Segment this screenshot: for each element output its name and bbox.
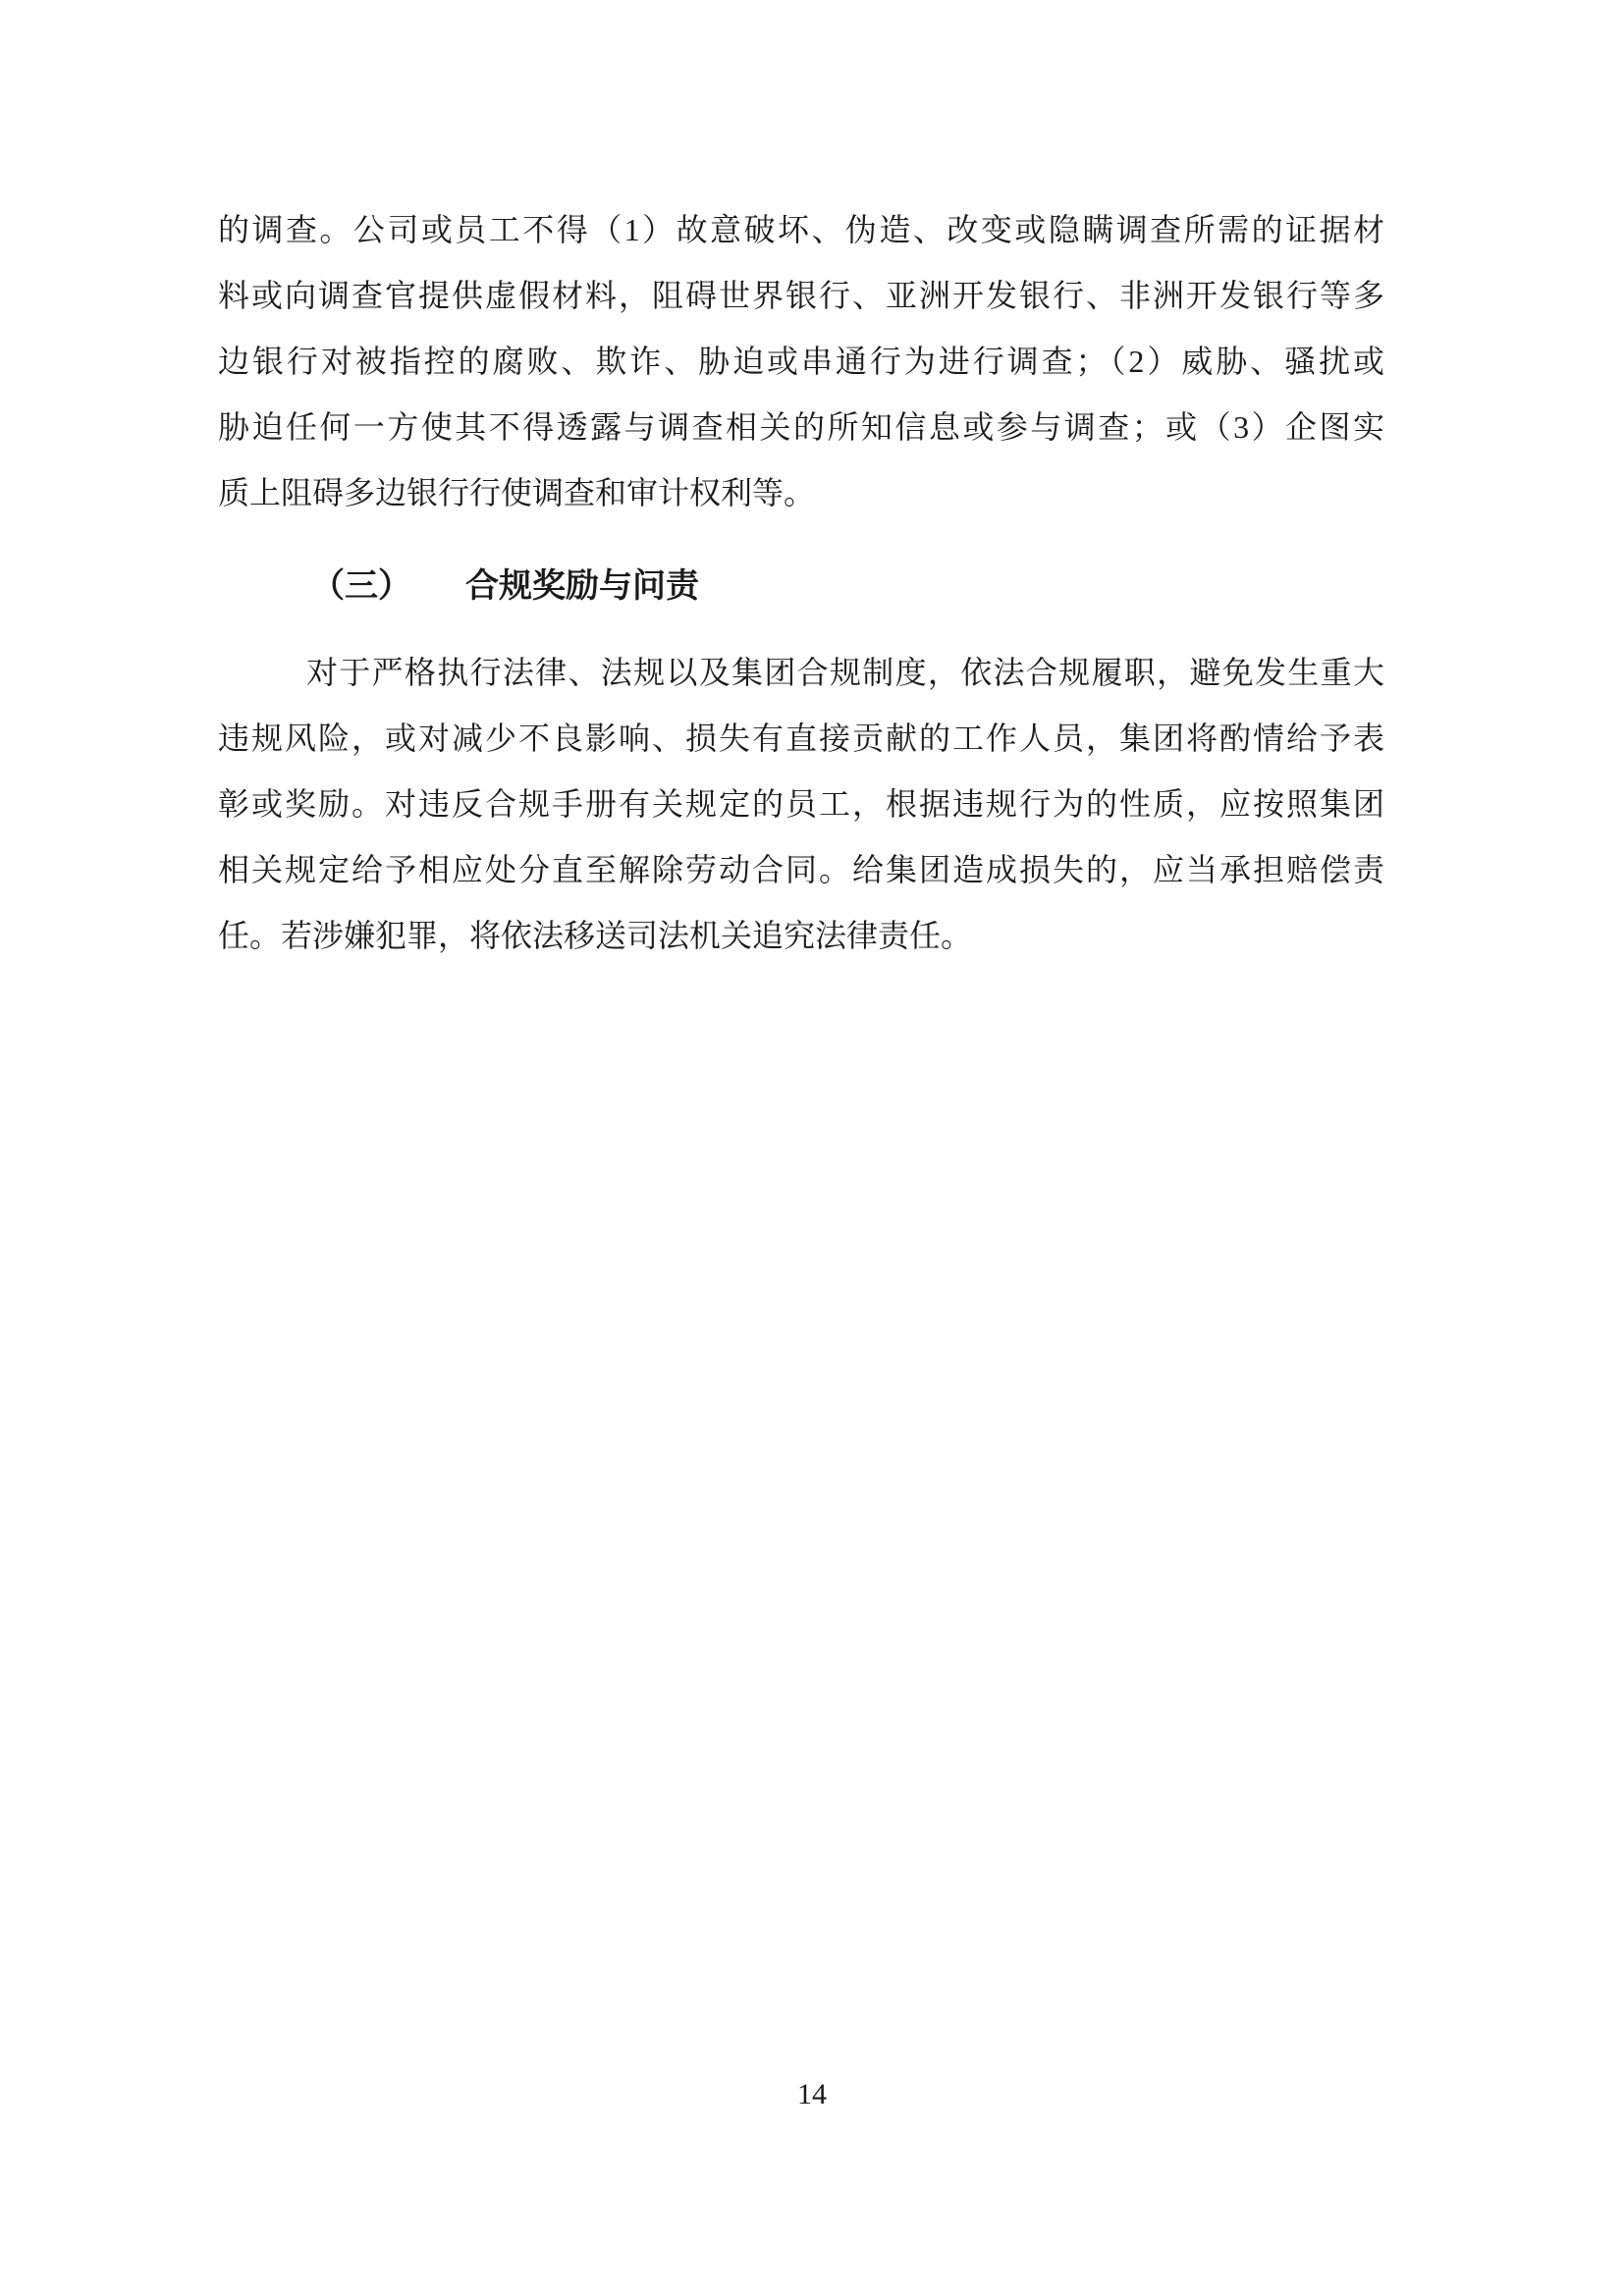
paragraph-line: 违规风险，或对减少不良影响、损失有直接贡献的工作人员，集团将酌情给予表 [218, 706, 1384, 772]
paragraph-line: 彰或奖励。对违反合规手册有关规定的员工，根据违规行为的性质，应按照集团 [218, 772, 1384, 837]
page-body-text: 的调查。公司或员工不得（1）故意破坏、伪造、改变或隐瞒调查所需的证据材 料或向调… [218, 197, 1384, 969]
page-number: 14 [0, 2077, 1624, 2112]
paragraph-line: 边银行对被指控的腐败、欺诈、胁迫或串通行为进行调查；（2）威胁、骚扰或 [218, 329, 1384, 395]
paragraph-line: 的调查。公司或员工不得（1）故意破坏、伪造、改变或隐瞒调查所需的证据材 [218, 197, 1384, 263]
paragraph-line: 相关规定给予相应处分直至解除劳动合同。给集团造成损失的，应当承担赔偿责 [218, 837, 1384, 903]
paragraph-line: 对于严格执行法律、法规以及集团合规制度，依法合规履职，避免发生重大 [218, 640, 1384, 706]
paragraph-line: 料或向调查官提供虚假材料，阻碍世界银行、亚洲开发银行、非洲开发银行等多 [218, 263, 1384, 329]
paragraph-line: 胁迫任何一方使其不得透露与调查相关的所知信息或参与调查；或（3）企图实 [218, 395, 1384, 460]
paragraph-line: 质上阻碍多边银行行使调查和审计权利等。 [218, 460, 1384, 526]
section-heading-title: 合规奖励与问责 [465, 568, 699, 605]
document-page: 的调查。公司或员工不得（1）故意破坏、伪造、改变或隐瞒调查所需的证据材 料或向调… [0, 0, 1624, 2296]
section-heading-number: （三） [311, 568, 411, 605]
section-heading: （三）合规奖励与问责 [311, 554, 1384, 619]
paragraph-line: 任。若涉嫌犯罪，将依法移送司法机关追究法律责任。 [218, 903, 1384, 969]
